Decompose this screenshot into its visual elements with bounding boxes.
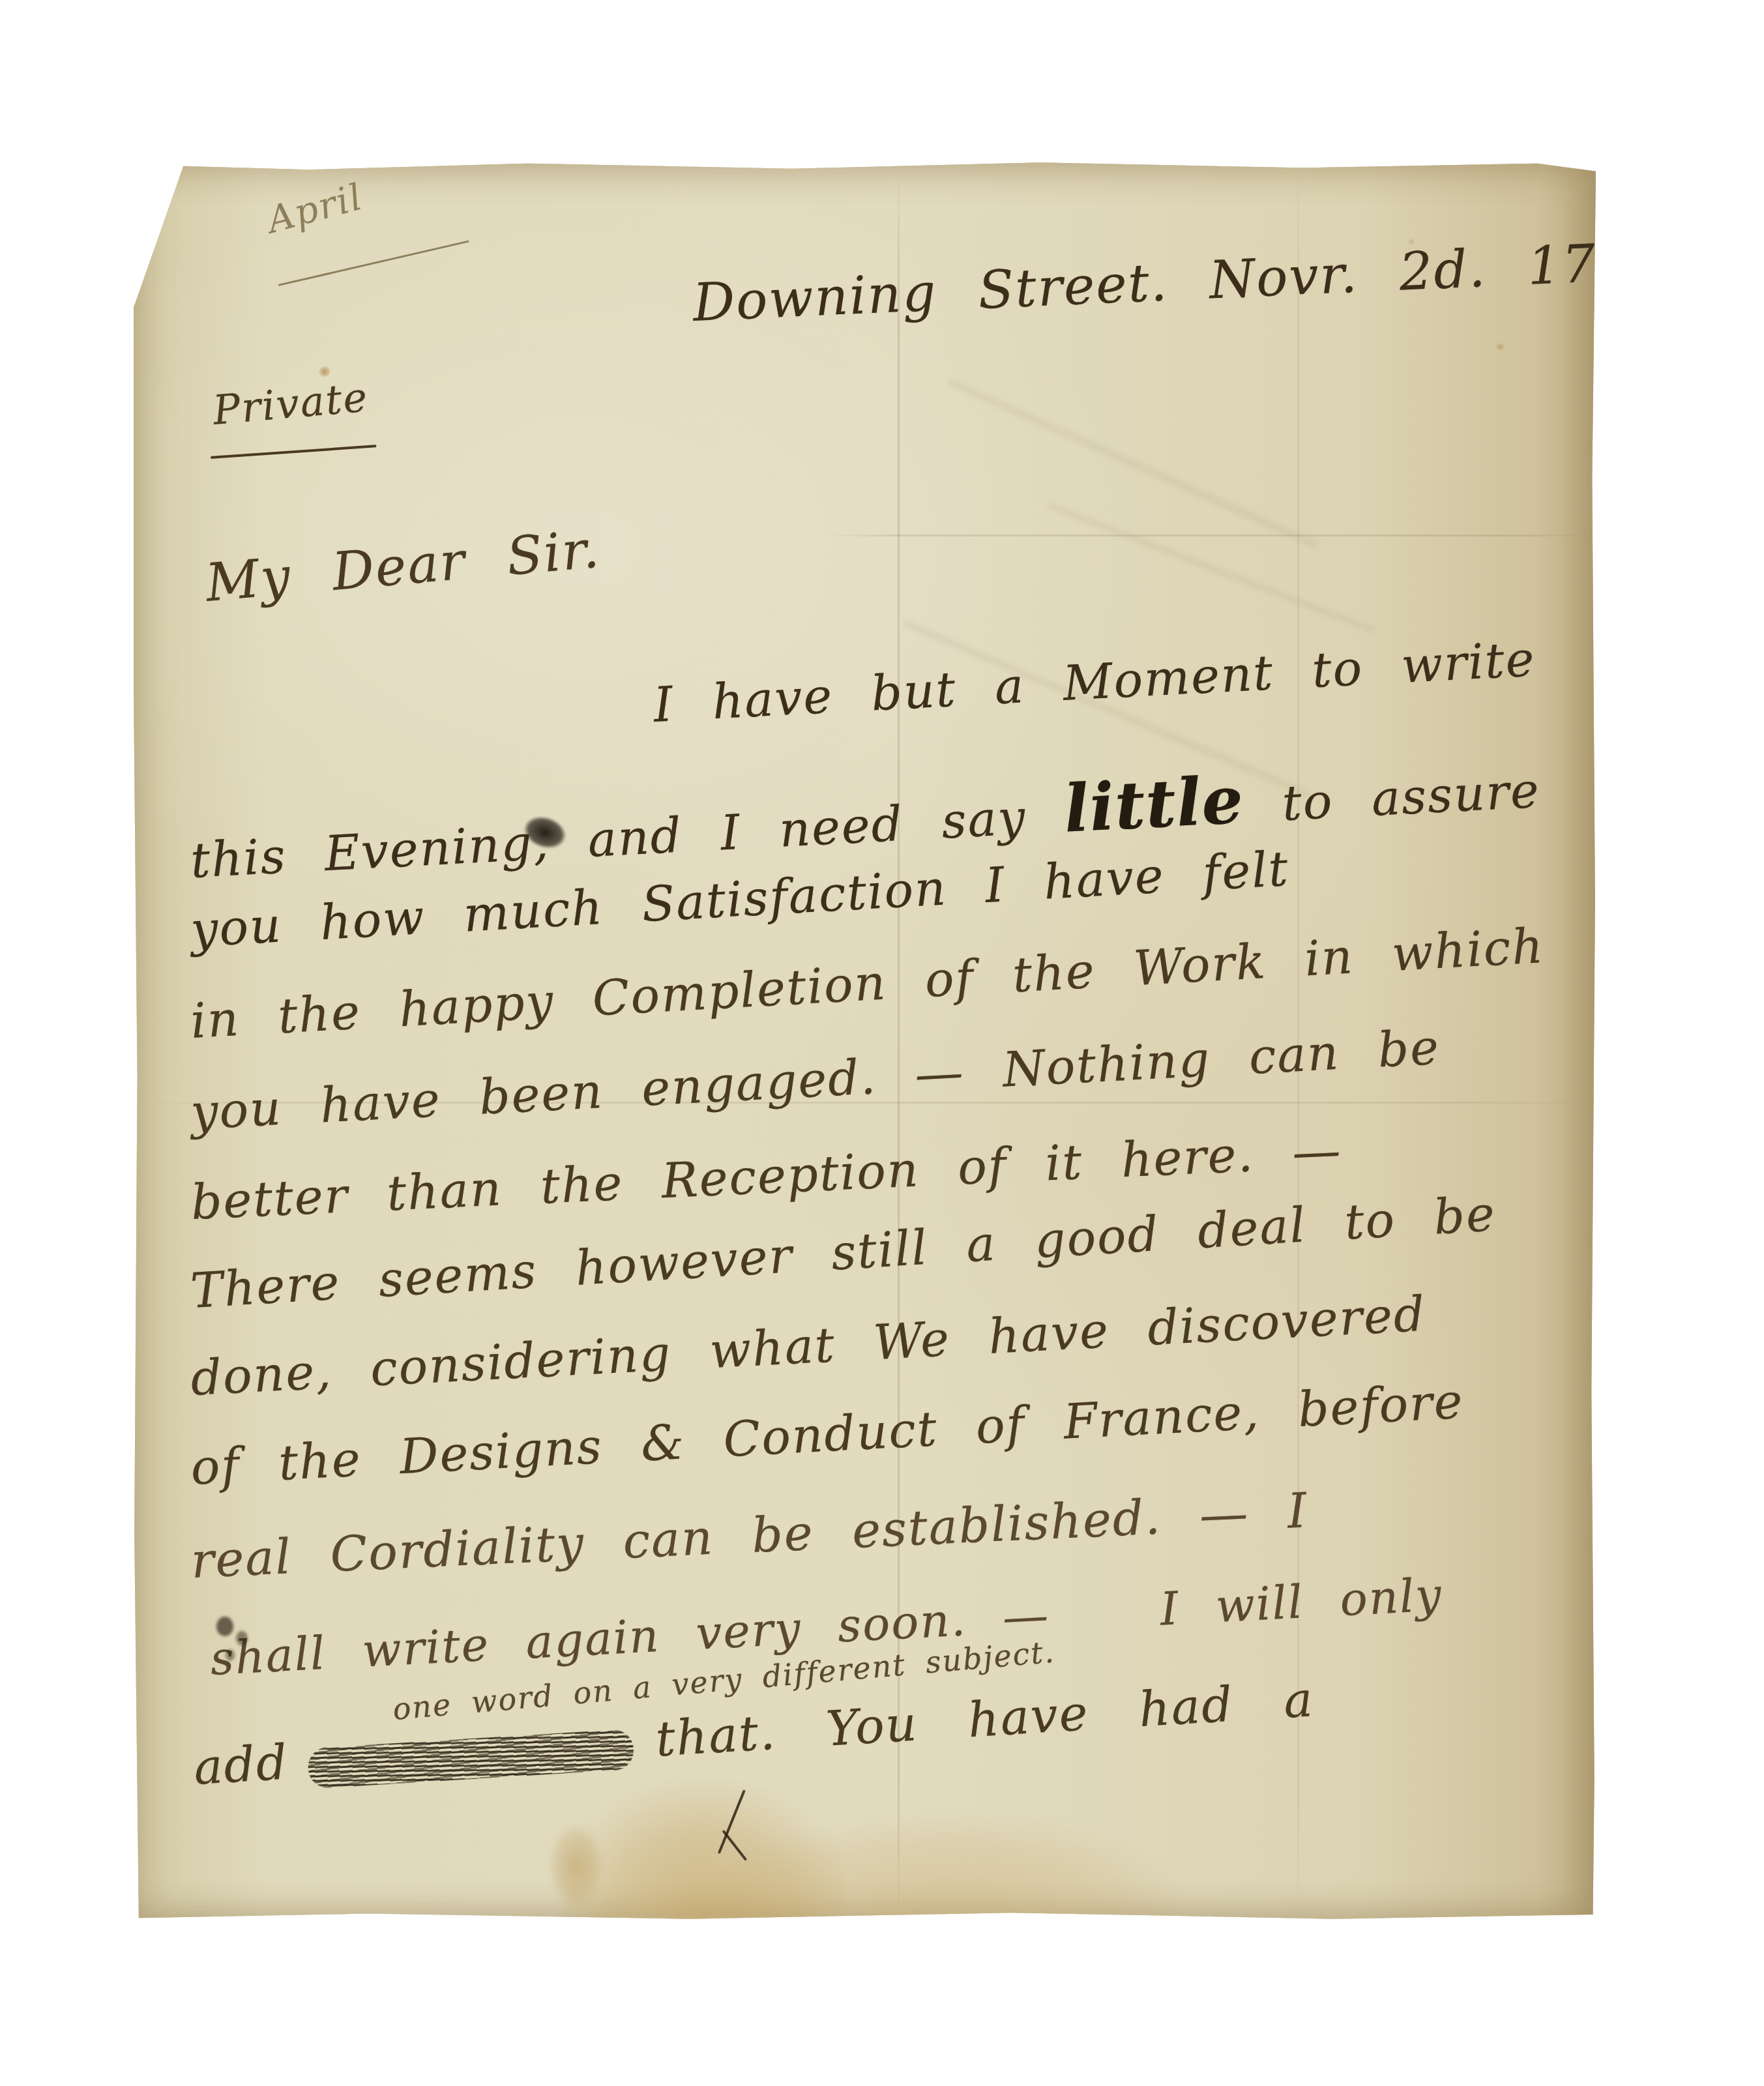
foxing-spot (319, 366, 331, 377)
body-line-10: real Cordiality can be established. — I (190, 1482, 1309, 1589)
bleedthrough-mark (1045, 501, 1376, 634)
bleedthrough-mark (947, 377, 1319, 550)
dateline: Downing Street. Novr. 2d. 1787 (692, 230, 1667, 333)
body-line-11-b: I will only (1159, 1568, 1444, 1636)
struck-out-words (307, 1729, 635, 1789)
ink-smudge (216, 1617, 233, 1636)
private-marking: Private (211, 373, 370, 434)
foxing-spot (1496, 343, 1505, 351)
emphasized-word-little: little (1062, 761, 1245, 847)
private-underline (211, 445, 377, 459)
letter-paper: April Downing Street. Novr. 2d. 1787 Pri… (134, 162, 1596, 1920)
docket-annotation: April (263, 176, 368, 242)
docket-annotation-text: April (263, 176, 368, 242)
body-line-2-c: to assure (1242, 763, 1542, 834)
water-stain-small (543, 1814, 608, 1917)
water-stain-large (564, 1780, 844, 1920)
fold-crease-horizontal (825, 535, 1594, 536)
scan-canvas: April Downing Street. Novr. 2d. 1787 Pri… (0, 0, 1764, 2086)
body-line-1: I have but a Moment to write (652, 631, 1536, 733)
caret-stroke (722, 1830, 747, 1861)
docket-underline (278, 241, 469, 286)
salutation: My Dear Sir. (203, 518, 602, 613)
body-line-13-a: add (192, 1734, 290, 1796)
water-stain-wide (720, 1804, 1216, 1920)
